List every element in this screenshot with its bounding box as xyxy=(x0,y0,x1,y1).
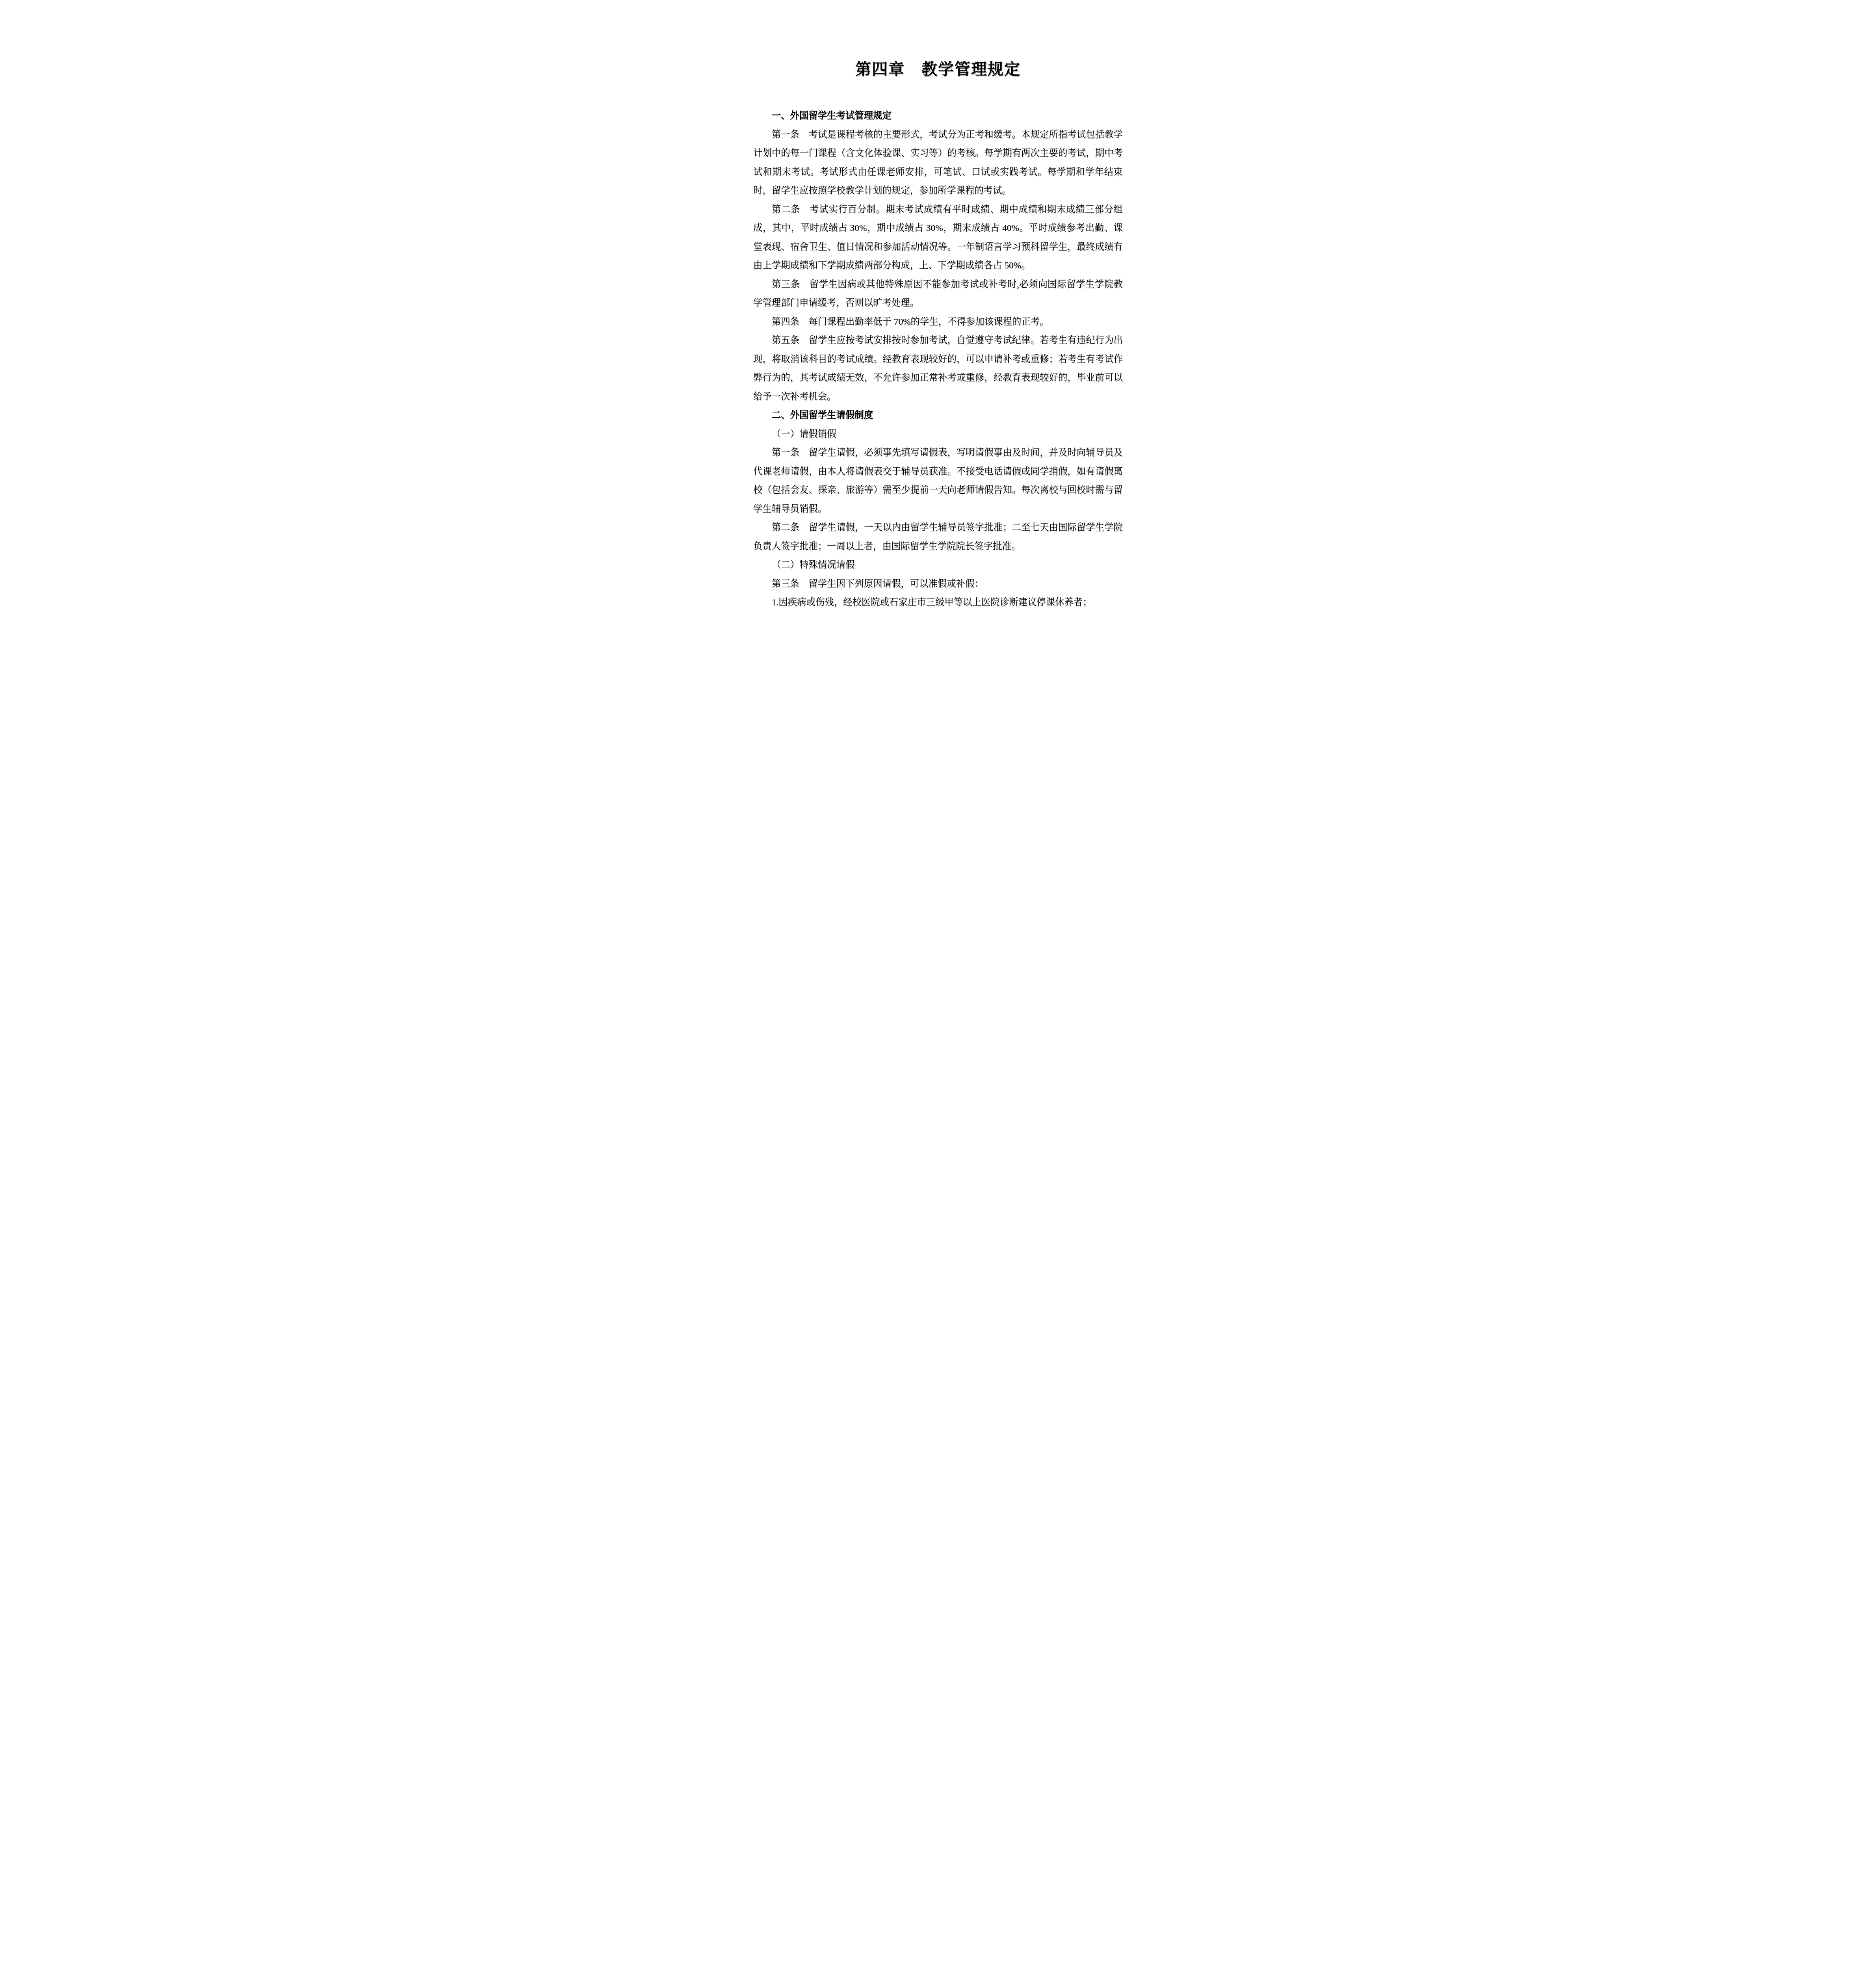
section-2-heading: 二、外国留学生请假制度 xyxy=(753,406,1123,425)
section-1-article-1: 第一条 考试是课程考核的主要形式，考试分为正考和缓考。本规定所指考试包括教学计划… xyxy=(753,126,1123,201)
section-2-subsection-1-article-1: 第一条 留学生请假，必须事先填写请假表，写明请假事由及时间，并及时向辅导员及代课… xyxy=(753,444,1123,519)
section-1-article-2: 第二条 考试实行百分制。期末考试成绩有平时成绩、期中成绩和期末成绩三部分组成，其… xyxy=(753,201,1123,275)
section-1-article-3: 第三条 留学生因病或其他特殊原因不能参加考试或补考时,必须向国际留学生学院教学管… xyxy=(753,275,1123,313)
section-2-subsection-1-article-2: 第二条 留学生请假，一天以内由留学生辅导员签字批准；二至七天由国际留学生学院负责… xyxy=(753,519,1123,556)
section-2-subsection-1-heading: （一）请假销假 xyxy=(753,425,1123,444)
document-page: 第四章 教学管理规定 一、外国留学生考试管理规定 第一条 考试是课程考核的主要形… xyxy=(704,0,1172,663)
section-1-heading: 一、外国留学生考试管理规定 xyxy=(753,107,1123,126)
section-2-subsection-2-item-1: 1.因疾病或伤残，经校医院或石家庄市三级甲等以上医院诊断建议停课休养者； xyxy=(753,593,1123,612)
chapter-title: 第四章 教学管理规定 xyxy=(753,57,1123,79)
section-1-article-4: 第四条 每门课程出勤率低于 70%的学生，不得参加该课程的正考。 xyxy=(753,313,1123,332)
section-2-subsection-2-article-3: 第三条 留学生因下列原因请假，可以准假或补假： xyxy=(753,575,1123,594)
section-2-subsection-2-heading: （二）特殊情况请假 xyxy=(753,556,1123,575)
document-body: 一、外国留学生考试管理规定 第一条 考试是课程考核的主要形式，考试分为正考和缓考… xyxy=(753,107,1123,612)
section-1-article-5: 第五条 留学生应按考试安排按时参加考试，自觉遵守考试纪律。若考生有违纪行为出现，… xyxy=(753,331,1123,406)
